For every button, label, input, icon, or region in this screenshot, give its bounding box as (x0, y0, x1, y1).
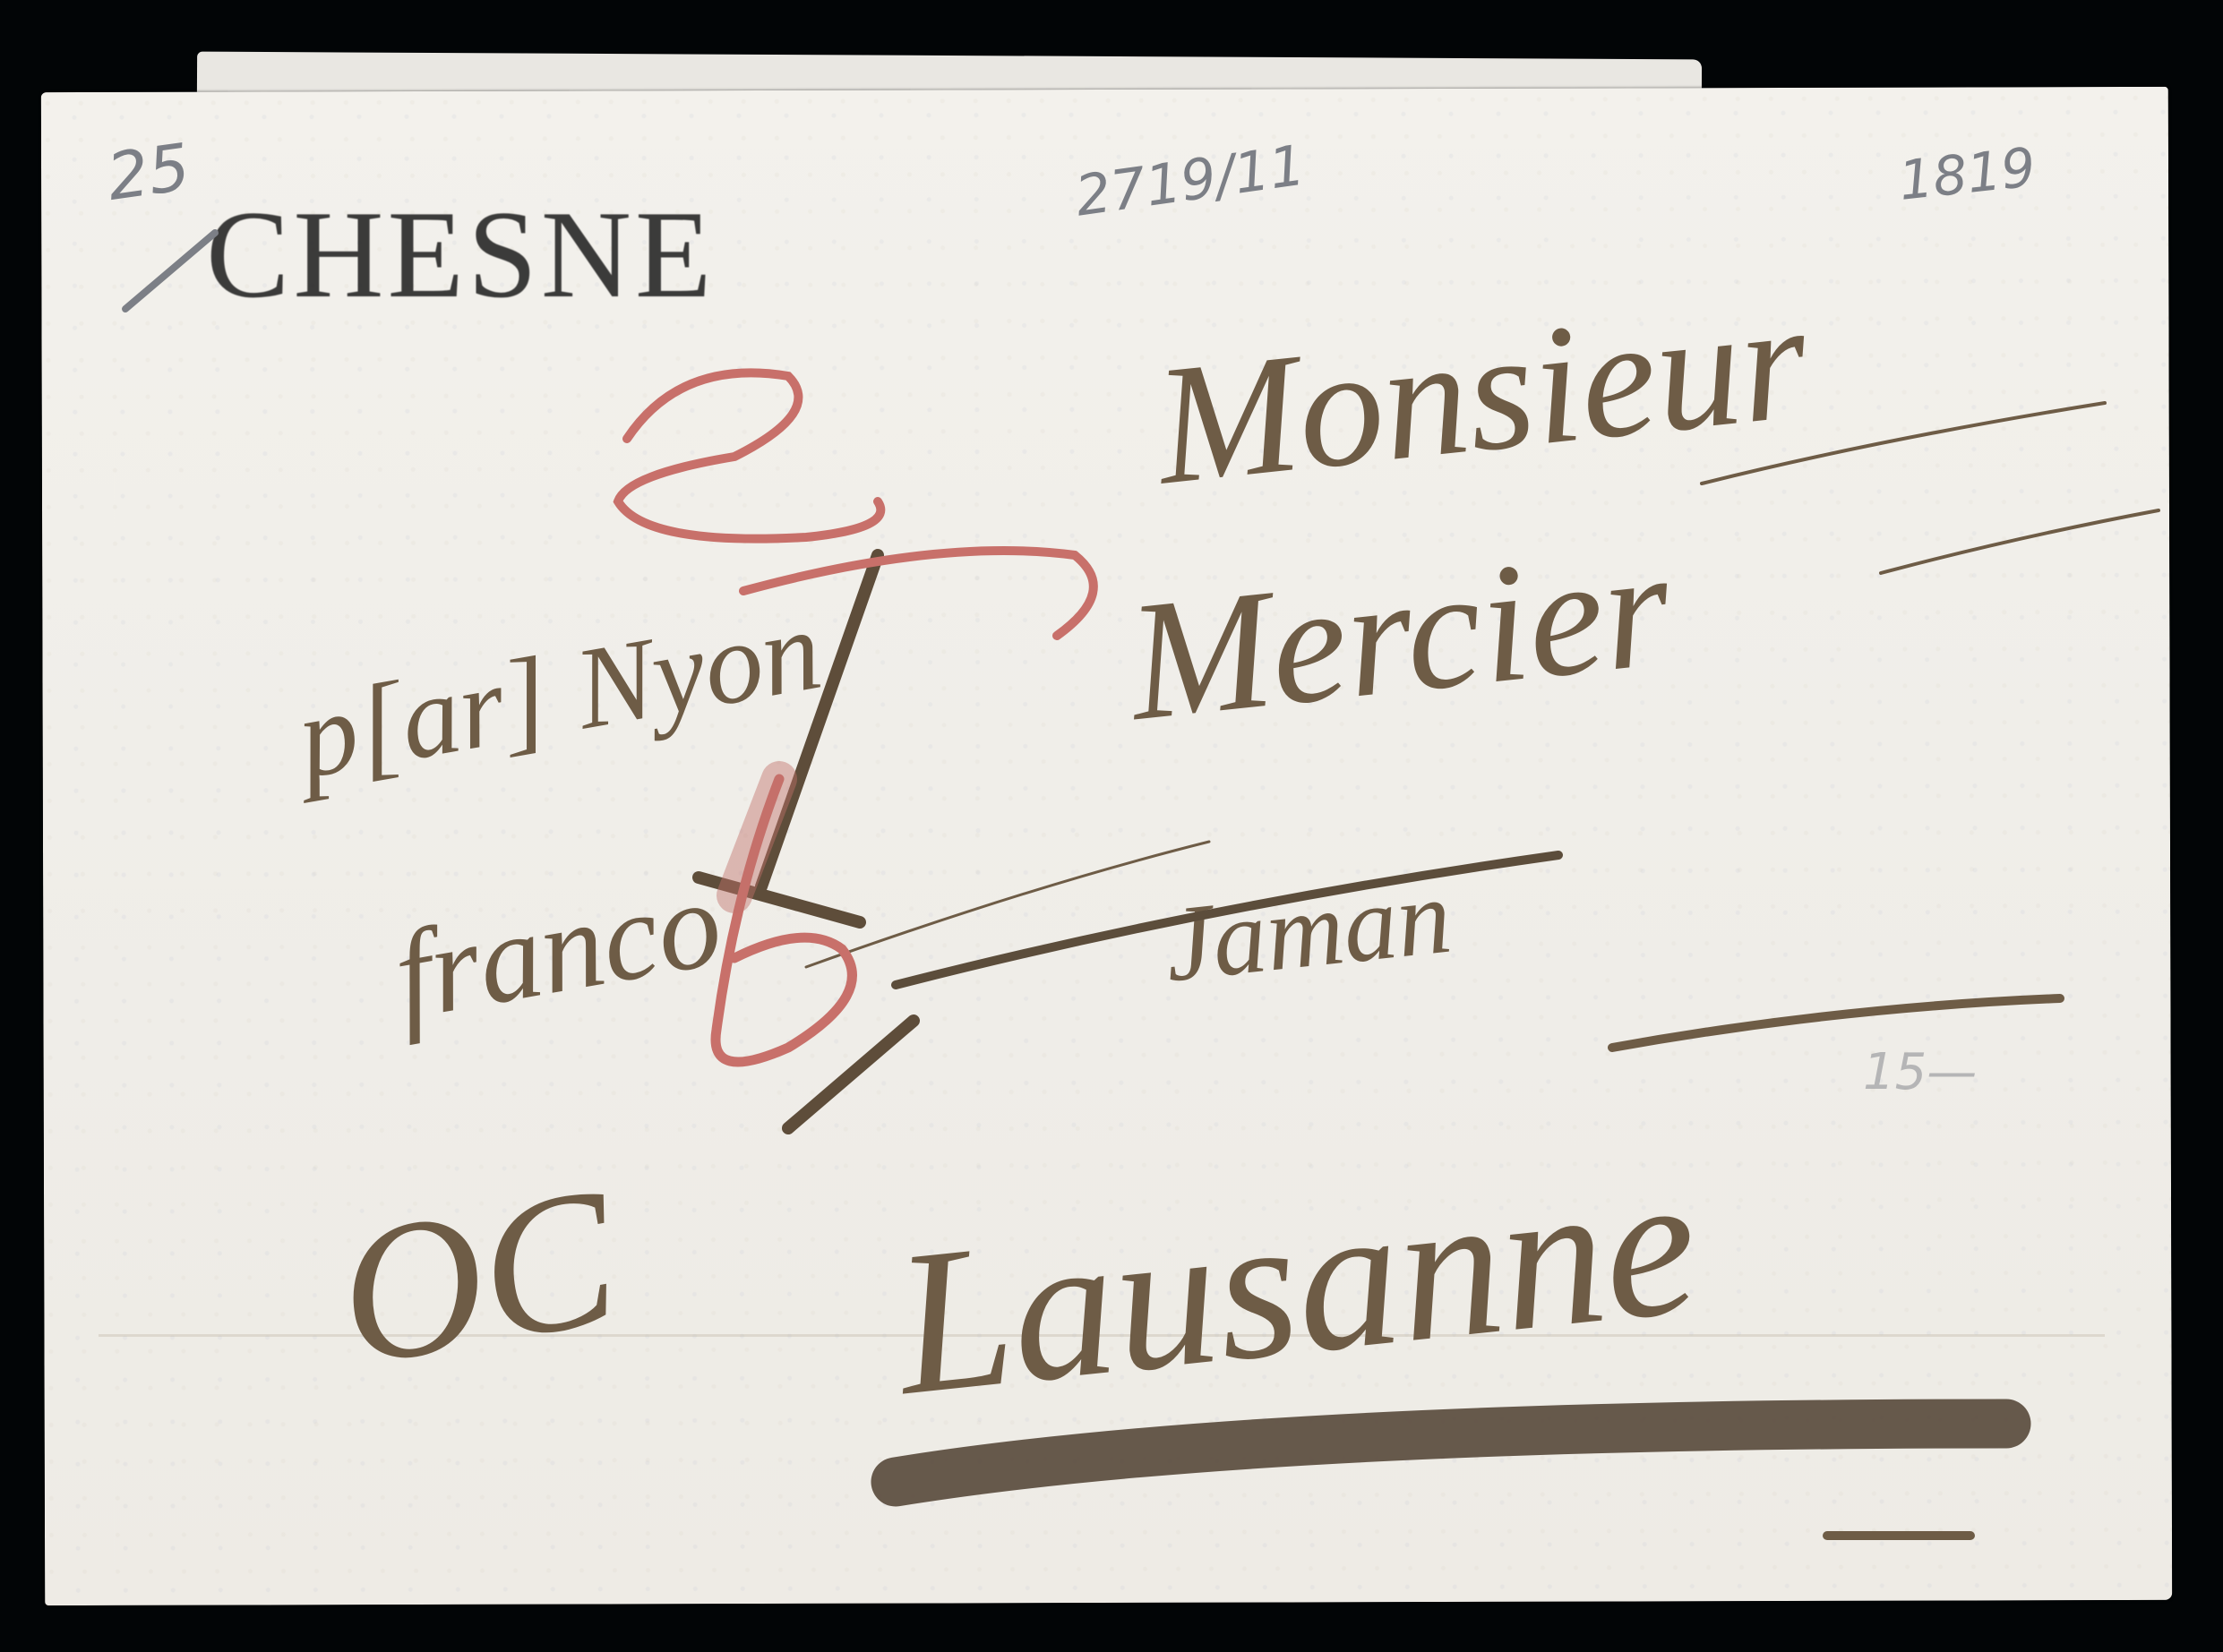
ink-strokes (0, 0, 2223, 1652)
